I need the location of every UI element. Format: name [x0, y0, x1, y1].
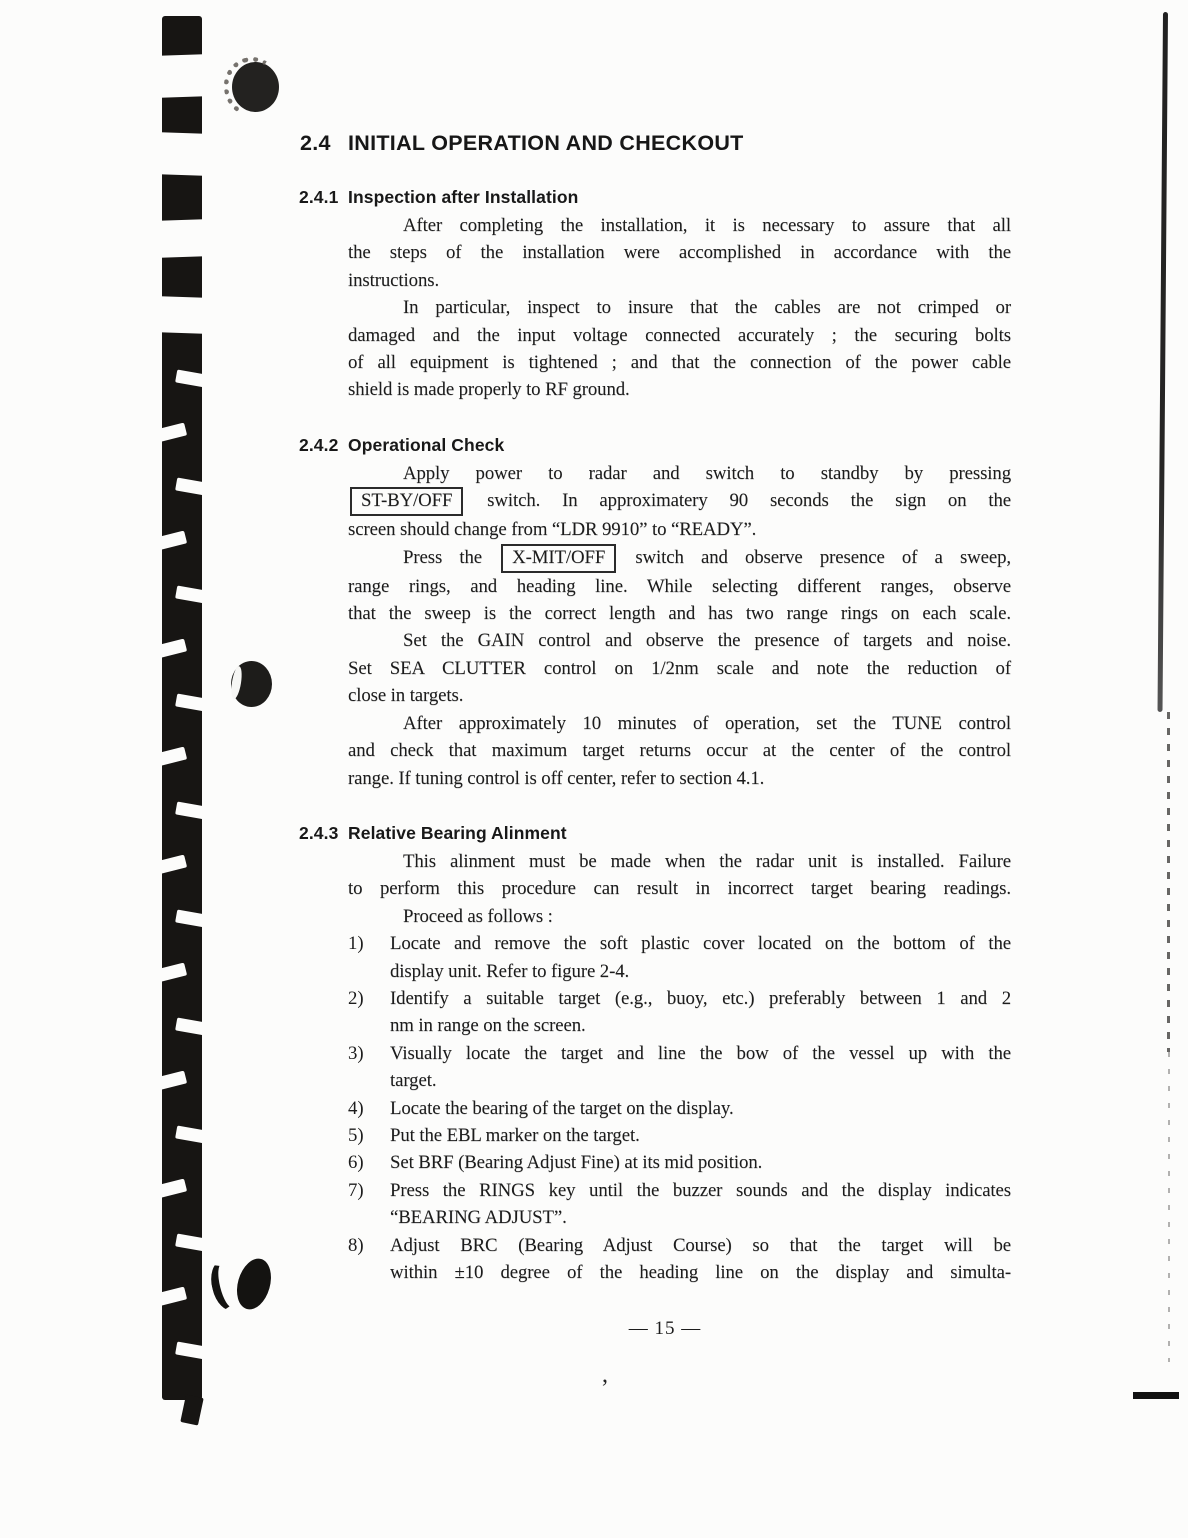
page-number: — 15 —: [575, 1318, 755, 1340]
text-line: ST-BY/OFF switch. In approximatery 90 se…: [348, 487, 1011, 516]
binding-tail: [180, 1394, 203, 1425]
list-item: 2)Identify a suitable target (e.g., buoy…: [348, 985, 1011, 1040]
text-line: Apply power to radar and switch to stand…: [348, 460, 1011, 487]
list-item: 6)Set BRF (Bearing Adjust Fine) at its m…: [348, 1149, 1011, 1176]
subsection: 2.4.1Inspection after InstallationAfter …: [348, 186, 1011, 404]
binding-notch: [155, 639, 187, 659]
text-line: Set BRF (Bearing Adjust Fine) at its mid…: [390, 1149, 1011, 1176]
list-marker: 4): [348, 1095, 364, 1122]
subsection: 2.4.2Operational CheckApply power to rad…: [348, 434, 1011, 792]
list-item: 1)Locate and remove the soft plastic cov…: [348, 930, 1011, 985]
list-marker: 7): [348, 1177, 364, 1204]
subsection-title: Inspection after Installation: [348, 187, 578, 207]
binding-gap: [155, 54, 208, 98]
subsection-title: Operational Check: [348, 435, 504, 455]
subsections: 2.4.1Inspection after InstallationAfter …: [348, 186, 1011, 1286]
section-title: INITIAL OPERATION AND CHECKOUT: [348, 131, 744, 155]
section-heading: 2.4 INITIAL OPERATION AND CHECKOUT: [348, 130, 1011, 156]
list-marker: 5): [348, 1122, 364, 1149]
scan-streak-dotted: [1168, 1052, 1170, 1362]
subsection-number: 2.4.1: [299, 186, 338, 208]
binding-notch: [175, 909, 207, 927]
text-line: This alinment must be made when the rada…: [348, 848, 1011, 875]
subsection-heading: 2.4.3Relative Bearing Alinment: [348, 822, 1011, 844]
paragraph: After approximately 10 minutes of operat…: [348, 710, 1011, 792]
list-item: 3)Visually locate the target and line th…: [348, 1040, 1011, 1095]
binding-notch: [175, 477, 207, 495]
text-line: In particular, inspect to insure that th…: [348, 294, 1011, 321]
binding-notch: [175, 1125, 207, 1143]
binding-gap: [155, 219, 208, 258]
punch-hole: [212, 1258, 270, 1312]
scan-streak-solid: [1158, 12, 1168, 712]
binding-notch: [155, 963, 187, 983]
text-line: Set the GAIN control and observe the pre…: [348, 627, 1011, 654]
switch-key-box: ST-BY/OFF: [350, 487, 463, 516]
text-line: Visually locate the target and line the …: [390, 1040, 1011, 1067]
text-line: After completing the installation, it is…: [348, 212, 1011, 239]
text-line: to perform this procedure can result in …: [348, 875, 1011, 902]
text-line: the steps of the installation were accom…: [348, 239, 1011, 266]
text-line: within ±10 degree of the heading line on…: [390, 1259, 1011, 1286]
corner-dash: [1133, 1392, 1179, 1399]
punch-hole: [232, 62, 279, 112]
text-line: of all equipment is tightened ; and that…: [348, 349, 1011, 376]
binding-notch: [175, 1341, 207, 1359]
list-marker: 1): [348, 930, 364, 957]
text-line: Press the X-MIT/OFF switch and observe p…: [348, 544, 1011, 573]
subsection-number: 2.4.3: [299, 822, 338, 844]
switch-key-box: X-MIT/OFF: [501, 544, 616, 573]
binding-notch: [155, 747, 187, 767]
binding-notch: [175, 585, 207, 603]
binding-notch: [175, 1233, 207, 1251]
section-number: 2.4: [300, 130, 331, 156]
binding-notch: [155, 855, 187, 875]
list-marker: 8): [348, 1232, 364, 1259]
text-line: display unit. Refer to figure 2-4.: [390, 958, 1011, 985]
list-item: 5)Put the EBL marker on the target.: [348, 1122, 1011, 1149]
paragraph: Set the GAIN control and observe the pre…: [348, 627, 1011, 709]
text-line: damaged and the input voltage connected …: [348, 322, 1011, 349]
binding-notch: [175, 369, 207, 387]
subsection-number: 2.4.2: [299, 434, 338, 456]
text-line: Identify a suitable target (e.g., buoy, …: [390, 985, 1011, 1012]
subsection-title: Relative Bearing Alinment: [348, 823, 567, 843]
text-line: and check that maximum target returns oc…: [348, 737, 1011, 764]
subsection-heading: 2.4.1Inspection after Installation: [348, 186, 1011, 208]
text-line: Proceed as follows :: [348, 903, 1011, 930]
paragraph: In particular, inspect to insure that th…: [348, 294, 1011, 404]
text-line: nm in range on the screen.: [390, 1012, 1011, 1039]
text-line: Locate the bearing of the target on the …: [390, 1095, 1011, 1122]
text-line: Locate and remove the soft plastic cover…: [390, 930, 1011, 957]
binding-gap: [155, 296, 208, 334]
text-line: shield is made properly to RF ground.: [348, 376, 1011, 403]
stray-comma-mark: ,: [602, 1362, 608, 1389]
binding-notch: [155, 1287, 187, 1307]
list-item: 8)Adjust BRC (Bearing Adjust Course) so …: [348, 1232, 1011, 1287]
binding-notch: [175, 1017, 207, 1035]
paragraph: Press the X-MIT/OFF switch and observe p…: [348, 544, 1011, 628]
list-marker: 6): [348, 1149, 364, 1176]
list-marker: 2): [348, 985, 364, 1012]
scanned-manual-page: 2.4 INITIAL OPERATION AND CHECKOUT 2.4.1…: [0, 0, 1188, 1538]
text-line: target.: [390, 1067, 1011, 1094]
text-line: screen should change from “LDR 9910” to …: [348, 516, 1011, 543]
document-content: 2.4 INITIAL OPERATION AND CHECKOUT 2.4.1…: [348, 130, 1011, 1286]
binding-notch: [175, 693, 207, 711]
subsection-heading: 2.4.2Operational Check: [348, 434, 1011, 456]
text-line: range. If tuning control is off center, …: [348, 765, 1011, 792]
list-item: 4)Locate the bearing of the target on th…: [348, 1095, 1011, 1122]
binding-notch: [155, 1071, 187, 1091]
text-line: Adjust BRC (Bearing Adjust Course) so th…: [390, 1232, 1011, 1259]
text-line: Set SEA CLUTTER control on 1/2nm scale a…: [348, 655, 1011, 682]
text-line: that the sweep is the correct length and…: [348, 600, 1011, 627]
binding-notch: [175, 801, 207, 819]
paragraph: After completing the installation, it is…: [348, 212, 1011, 294]
paragraph: This alinment must be made when the rada…: [348, 848, 1011, 930]
text-line: range rings, and heading line. While sel…: [348, 573, 1011, 600]
binding-notch: [155, 1179, 187, 1199]
text-line: After approximately 10 minutes of operat…: [348, 710, 1011, 737]
binding-strip: [162, 16, 202, 1400]
list-marker: 3): [348, 1040, 364, 1067]
text-line: Put the EBL marker on the target.: [390, 1122, 1011, 1149]
binding-notch: [155, 531, 187, 551]
subsection: 2.4.3Relative Bearing AlinmentThis alinm…: [348, 822, 1011, 1287]
binding-notch: [155, 423, 187, 443]
text-line: close in targets.: [348, 682, 1011, 709]
scan-streak-dotted: [1167, 712, 1170, 1052]
text-line: Press the RINGS key until the buzzer sou…: [390, 1177, 1011, 1204]
list-item: 7)Press the RINGS key until the buzzer s…: [348, 1177, 1011, 1232]
punch-hole: [231, 661, 272, 707]
paragraph: Apply power to radar and switch to stand…: [348, 460, 1011, 544]
text-line: instructions.: [348, 267, 1011, 294]
binding-gap: [155, 132, 208, 176]
text-line: “BEARING ADJUST”.: [390, 1204, 1011, 1231]
